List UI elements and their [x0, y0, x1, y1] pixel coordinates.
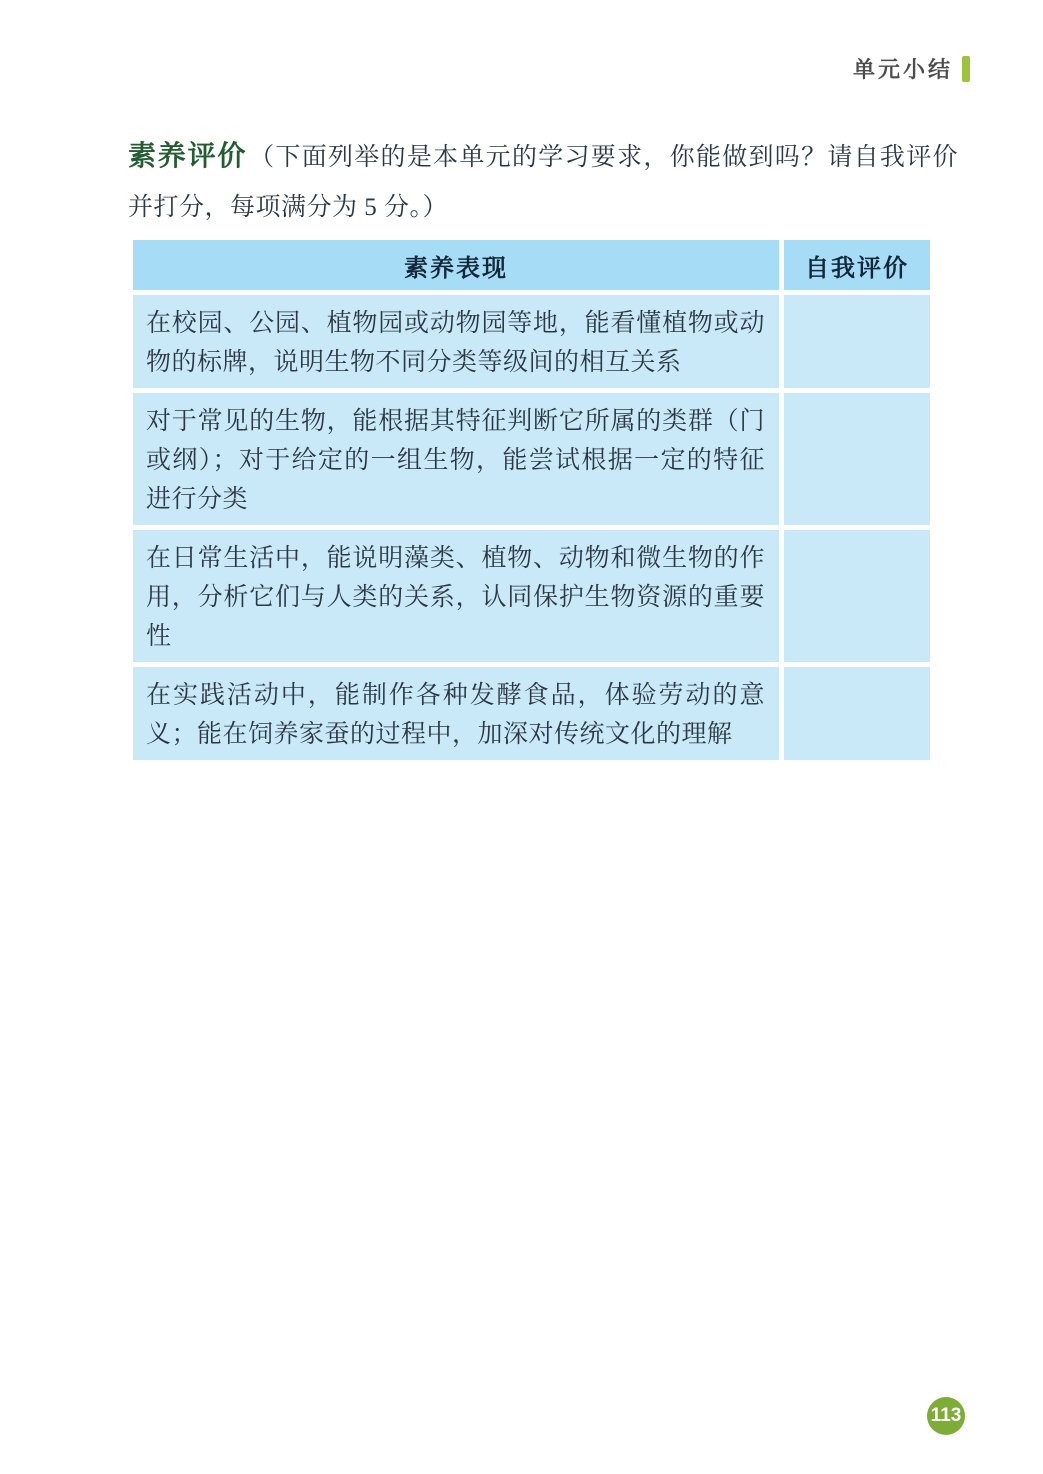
self-rating-cell — [784, 530, 930, 662]
page-header: 单元小结 — [853, 53, 970, 84]
evaluation-table: 素养表现 自我评价 在校园、公园、植物园或动物园等地，能看懂植物或动物的标牌，说… — [133, 240, 930, 760]
self-rating-cell — [784, 667, 930, 760]
page-number-badge: 113 — [927, 1397, 965, 1435]
competency-evaluation-heading-line: 素养评价（下面列举的是本单元的学习要求，你能做到吗？请自我评价并打分，每项满分为… — [128, 132, 958, 233]
self-rating-cell — [784, 295, 930, 388]
column-header-self-rating: 自我评价 — [784, 240, 930, 290]
textbook-page: 单元小结 素养评价（下面列举的是本单元的学习要求，你能做到吗？请自我评价并打分，… — [0, 0, 1043, 1474]
column-header-performance: 素养表现 — [133, 240, 779, 290]
performance-cell: 在校园、公园、植物园或动物园等地，能看懂植物或动物的标牌，说明生物不同分类等级间… — [133, 295, 779, 388]
page-number-text: 113 — [931, 1405, 962, 1427]
section-heading: 素养评价 — [128, 141, 247, 172]
performance-cell: 在实践活动中，能制作各种发酵食品，体验劳动的意义；能在饲养家蚕的过程中，加深对传… — [133, 667, 779, 760]
green-accent-bar — [962, 56, 970, 82]
performance-cell: 在日常生活中，能说明藻类、植物、动物和微生物的作用，分析它们与人类的关系，认同保… — [133, 530, 779, 662]
self-rating-cell — [784, 393, 930, 525]
performance-cell: 对于常见的生物，能根据其特征判断它所属的类群（门或纲）；对于给定的一组生物，能尝… — [133, 393, 779, 525]
unit-summary-title: 单元小结 — [853, 53, 953, 84]
section-intro-text: （下面列举的是本单元的学习要求，你能做到吗？请自我评价并打分，每项满分为 5 分… — [128, 144, 958, 221]
